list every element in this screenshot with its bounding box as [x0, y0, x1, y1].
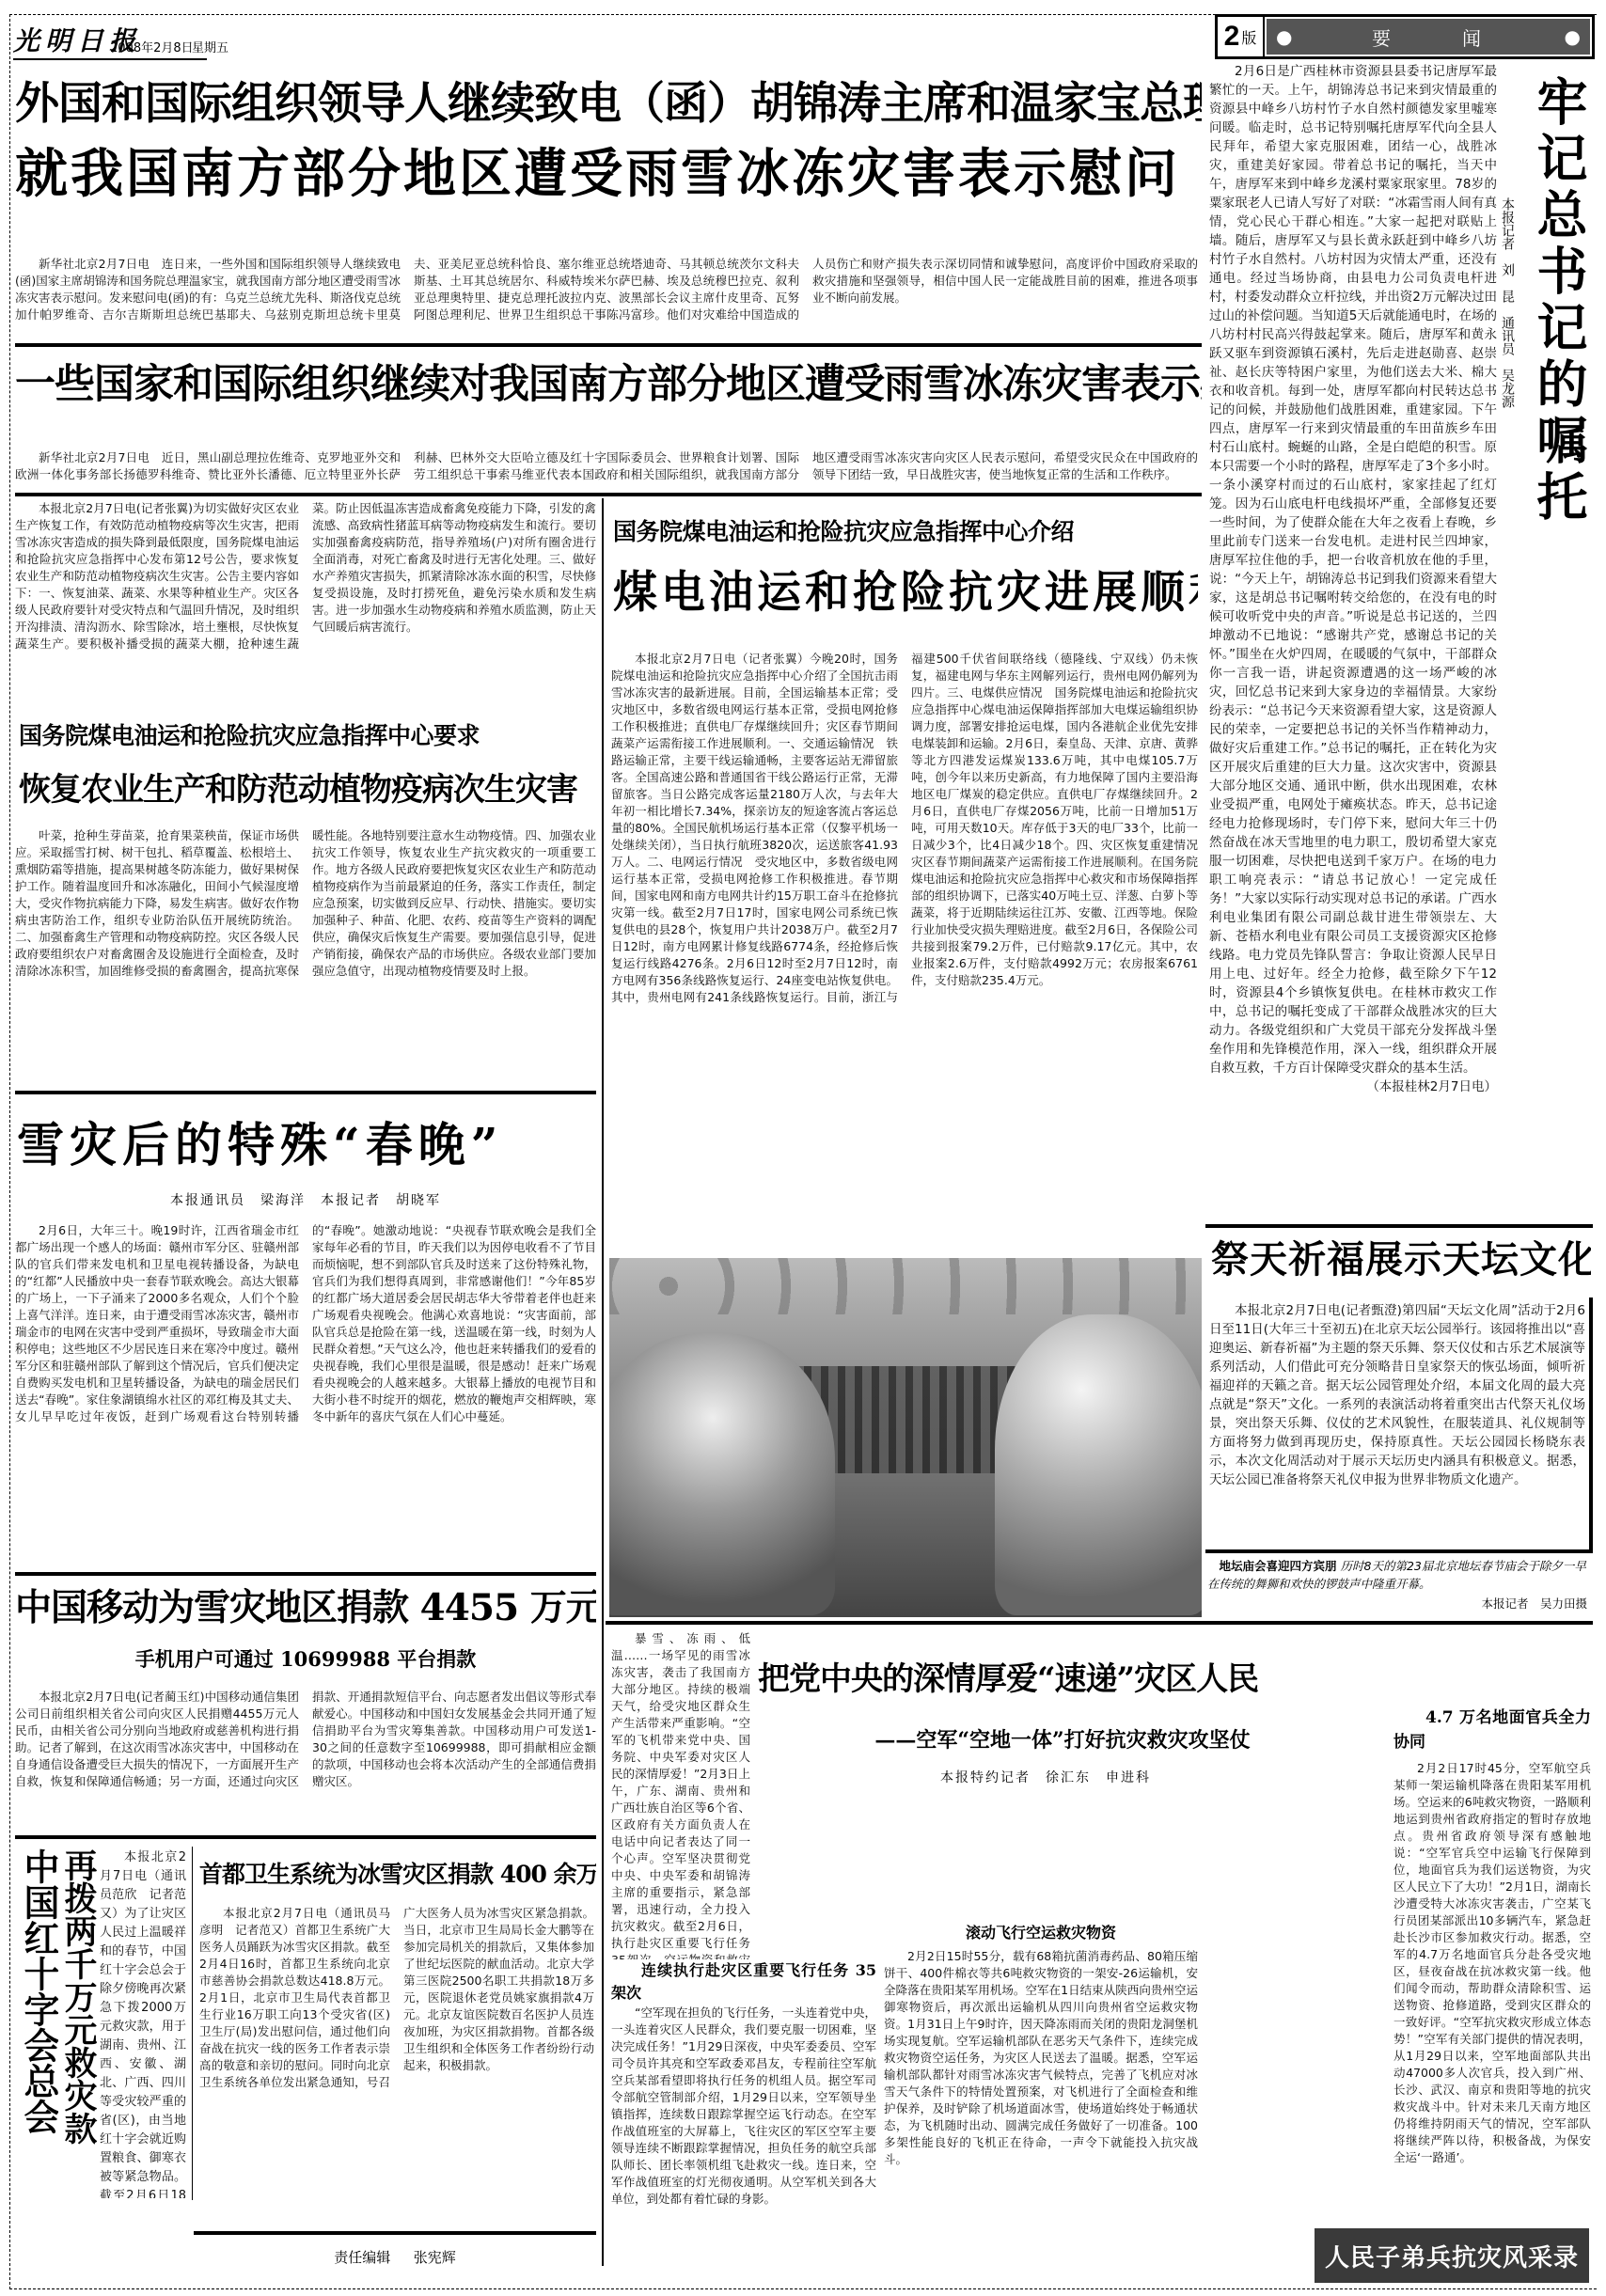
masthead-underline	[13, 58, 207, 60]
airforce-intro: 暴雪、冻雨、低温……一场罕见的雨雪冰冻灾害，袭击了我国南方大部分地区。持续的极端…	[611, 1630, 750, 1959]
second-body: 新华社北京2月7日电 近日，黑山副总理拉佐维奇、克罗地亚外交和欧洲一体化事务部长…	[15, 449, 1198, 487]
redcross-body: 本报北京2月7日电（通讯员范欣 记者范又）为了让灾区人民过上温暖祥和的春节，中国…	[100, 1848, 186, 2198]
photo-caption: 地坛庙会喜迎四方宾朋 历时8天的第23届北京地坛春节庙会于除夕一早在传统的舞狮和…	[1207, 1557, 1587, 1612]
series-banner-label: 人民子弟兵抗灾风采录	[1325, 2239, 1579, 2273]
series-banner: 人民子弟兵抗灾风采录	[1315, 2228, 1589, 2283]
second-paragraph: 新华社北京2月7日电 近日，黑山副总理拉佐维奇、克罗地亚外交和欧洲一体化事务部长…	[15, 449, 1198, 483]
lead-headline-1: 外国和国际组织领导人继续致电（函）胡锦涛主席和温家宝总理	[15, 75, 1202, 134]
editor-label: 责任编辑	[334, 2249, 390, 2266]
airforce-sub3: 4.7 万名地面官兵全力协同	[1393, 1706, 1591, 1754]
commentary-paragraph: 2月6日是广西桂林市资源县县委书记唐厚军最繁忙的一天。上午，胡锦涛总书记来到灾情…	[1209, 62, 1497, 1077]
commentary-dateline: （本报桂林2月7日电）	[1209, 1077, 1497, 1096]
agri-kicker: 国务院煤电油运和抢险抗灾应急指挥中心要求	[19, 719, 594, 753]
health-body: 本报北京2月7日电（通讯员马彦明 记者范又）首都卫生系统广大医务人员踊跃为冰雪灾…	[199, 1905, 594, 2225]
agri-body-top: 本报北京2月7日电(记者张翼)为切实做好灾区农业生产恢复工作，有效防范动植物疫病…	[15, 500, 596, 713]
coal-paragraph: 本报北京2月7日电（记者张翼）今晚20时，国务院煤电油运和抢险抗灾应急指挥中心介…	[611, 651, 1198, 1006]
photo-lion-right	[995, 1314, 1202, 1615]
photo-credit: 本报记者 吴力田摄	[1207, 1595, 1587, 1612]
airforce-body-1: “空军现在担负的飞行任务，一头连着党中央，一头连着灾区人民群众，我们要克服一切困…	[611, 2005, 876, 2208]
lead-body: 新华社北京2月7日电 连日来，一些外国和国际组织领导人继续致电(函)国家主席胡锦…	[15, 256, 1198, 340]
coal-body: 本报北京2月7日电（记者张翼）今晚20时，国务院煤电油运和抢险抗灾应急指挥中心介…	[611, 651, 1198, 1243]
health-paragraph: 本报北京2月7日电（通讯员马彦明 记者范又）首都卫生系统广大医务人员踊跃为冰雪灾…	[199, 1905, 594, 2091]
bottom-dashed-rule	[9, 2288, 1597, 2289]
second-headline: 一些国家和国际组织继续对我国南方部分地区遭受雨雪冰冻灾害表示慰问	[15, 357, 1202, 412]
airforce-body-2: 2月2日15时55分，载有68箱抗菌消毒药品、80箱压缩饼干、400件棉衣等共6…	[884, 1948, 1198, 2168]
airforce-sub1: 连续执行赴灾区重要飞行任务 35 架次	[611, 1959, 876, 2005]
divider	[194, 2231, 596, 2235]
issue-date: 2008年2月8日	[110, 38, 194, 55]
editor-credit: 责任编辑 张宪辉	[194, 2247, 596, 2267]
agri-body-bottom: 叶菜，抢种生芽苗菜，抢育果菜秧苗，保证市场供应。采取摇雪打树、树干包扎、稻草覆盖…	[15, 827, 596, 1083]
gala-byline: 本报通讯员 梁海洋 本报记者 胡晓军	[15, 1190, 596, 1209]
bullet-icon: ●	[1276, 25, 1292, 48]
mobile-headline: 中国移动为雪灾地区捐款 4455 万元	[15, 1581, 596, 1634]
lion-dance-photo	[609, 1258, 1202, 1617]
mobile-subhead: 手机用户可通过 10699988 平台捐款	[15, 1645, 596, 1674]
airforce-section-3: 滚动飞行空运救灾物资 2月2日15时55分，载有68箱抗菌消毒药品、80箱压缩饼…	[884, 1790, 1198, 2260]
airforce-section-1: 连续执行赴灾区重要飞行任务 35 架次 “空军现在担负的飞行任务，一头连着党中央…	[611, 1959, 876, 2260]
section-label: 要 闻	[1292, 24, 1564, 51]
photo-lion-left	[609, 1333, 835, 1615]
photo-lanterns	[609, 1258, 1202, 1314]
divider	[15, 1835, 596, 1839]
photo-caption-bold: 地坛庙会喜迎四方宾朋	[1220, 1559, 1337, 1573]
masthead: 光明日报 2008年2月8日 星期五	[13, 21, 1217, 60]
column-divider	[192, 1847, 193, 2200]
temple-headline: 祭天祈福展示天坛文化	[1211, 1232, 1591, 1288]
issue-weekday: 星期五	[192, 38, 228, 55]
page-number: 2	[1224, 21, 1240, 53]
temple-box: 本报北京2月7日电(记者甄澄)第四届“天坛文化周”活动于2月6日至11日(大年三…	[1205, 1297, 1593, 1553]
temple-body: 本报北京2月7日电(记者甄澄)第四届“天坛文化周”活动于2月6日至11日(大年三…	[1205, 1297, 1589, 1549]
airforce-intro-paragraph: 暴雪、冻雨、低温……一场罕见的雨雪冰冻灾害，袭击了我国南方大部分地区。持续的极端…	[611, 1630, 750, 1959]
redcross-headline-2: 再拨两千万元救灾款	[58, 1848, 98, 2187]
divider	[15, 1091, 596, 1094]
agri-headline: 恢复农业生产和防范动植物疫病次生灾害	[19, 763, 594, 816]
airforce-body-3: 2月2日17时45分，空军航空兵某师一架运输机降落在贵阳某军用机场。空运来的6吨…	[1205, 1760, 1591, 2166]
redcross-headline-1: 中国红十字会总会	[19, 1848, 58, 2187]
gala-body: 2月6日，大年三十。晚19时许，江西省瑞金市红都广场出现一个感人的场面：赣州市军…	[15, 1222, 596, 1565]
airforce-section-4: 4.7 万名地面官兵全力协同 2月2日17时45分，空军航空兵某师一架运输机降落…	[1205, 1630, 1591, 2194]
divider	[15, 343, 1202, 347]
page-tag: 2 版 ● 要 闻 ●	[1215, 14, 1595, 59]
coal-kicker: 国务院煤电油运和抢险抗灾应急指挥中心介绍	[613, 515, 1198, 549]
commentary-headline: 牢记总书记的嘱托	[1531, 75, 1587, 621]
health-headline: 首都卫生系统为冰雪灾区捐款 400 余万元	[199, 1852, 596, 1897]
page-number-box: 2 版	[1218, 17, 1265, 56]
column-divider	[602, 498, 604, 2266]
bullet-icon: ●	[1565, 25, 1581, 48]
mobile-body: 本报北京2月7日电(记者蔺玉红)中国移动通信集团公司日前组织相关省公司向灾区人民…	[15, 1689, 596, 1830]
airforce-sub2: 滚动飞行空运救灾物资	[884, 1922, 1198, 1944]
coal-headline: 煤电油运和抢险抗灾进展顺利	[613, 558, 1198, 628]
temple-paragraph: 本报北京2月7日电(记者甄澄)第四届“天坛文化周”活动于2月6日至11日(大年三…	[1209, 1301, 1585, 1489]
divider	[606, 1621, 1593, 1625]
mobile-paragraph: 本报北京2月7日电(记者蔺玉红)中国移动通信集团公司日前组织相关省公司向灾区人民…	[15, 1689, 596, 1790]
agri-paragraph: 本报北京2月7日电(记者张翼)为切实做好灾区农业生产恢复工作，有效防范动植物疫病…	[15, 500, 596, 653]
section-label-box: ● 要 闻 ●	[1267, 19, 1590, 55]
gala-headline: 雪灾后的特殊“春晚”	[17, 1115, 594, 1175]
lead-headline-2: 就我国南方部分地区遭受雨雪冰冻灾害表示慰问	[15, 141, 1202, 207]
page-unit: 版	[1241, 26, 1256, 48]
editor-name: 张宪辉	[414, 2249, 456, 2266]
airforce-byline: 本报特约记者 徐汇东 申进科	[940, 1768, 1151, 1786]
divider	[1205, 1224, 1593, 1228]
lead-paragraph: 新华社北京2月7日电 连日来，一些外国和国际组织领导人继续致电(函)国家主席胡锦…	[15, 256, 1198, 323]
gala-paragraph: 2月6日，大年三十。晚19时许，江西省瑞金市红都广场出现一个感人的场面：赣州市军…	[15, 1222, 596, 1425]
commentary-author: 本报记者 刘 昆 通讯员 吴龙源	[1499, 197, 1516, 480]
divider	[15, 1572, 596, 1576]
airforce-section-2	[760, 1790, 876, 1959]
agri-paragraph: 叶菜，抢种生芽苗菜，抢育果菜秧苗，保证市场供应。采取摇雪打树、树干包扎、稻草覆盖…	[15, 827, 596, 980]
commentary-body: 2月6日是广西桂林市资源县县委书记唐厚军最繁忙的一天。上午，胡锦涛总书记来到灾情…	[1209, 62, 1497, 1237]
divider	[15, 493, 1202, 496]
redcross-paragraph: 本报北京2月7日电（通讯员范欣 记者范又）为了让灾区人民过上温暖祥和的春节，中国…	[100, 1848, 186, 2198]
